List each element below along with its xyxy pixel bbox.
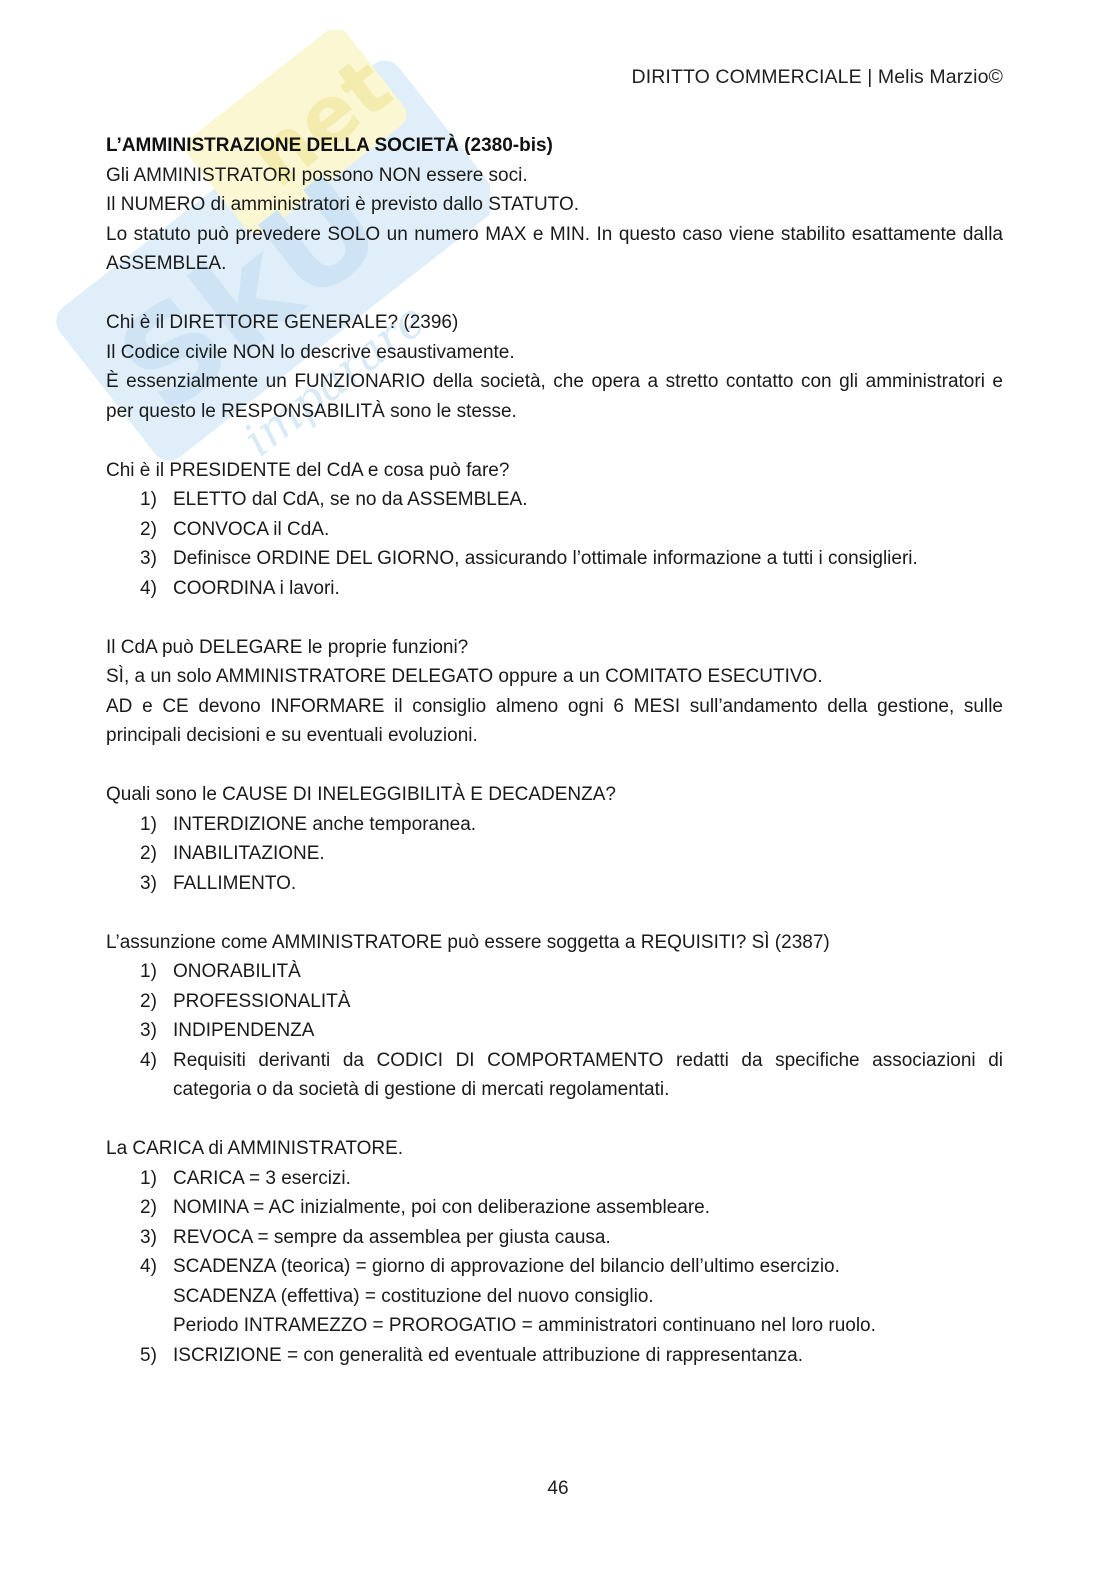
- list-number: 1): [140, 810, 157, 840]
- section-amministrazione: L’AMMINISTRAZIONE DELLA SOCIETÀ (2380-bi…: [106, 131, 1003, 279]
- list-number: 4): [140, 574, 157, 604]
- list-item: 3)REVOCA = sempre da assemblea per giust…: [106, 1223, 1003, 1253]
- list-item: 2)NOMINA = AC inizialmente, poi con deli…: [106, 1193, 1003, 1223]
- list-item: 3)FALLIMENTO.: [106, 869, 1003, 899]
- numbered-list: 1)INTERDIZIONE anche temporanea. 2)INABI…: [106, 810, 1003, 899]
- list-text: REVOCA = sempre da assemblea per giusta …: [173, 1227, 611, 1248]
- list-text-continuation: Periodo INTRAMEZZO = PROROGATIO = ammini…: [173, 1311, 1003, 1341]
- list-text: INABILITAZIONE.: [173, 843, 325, 864]
- list-number: 3): [140, 1016, 157, 1046]
- list-text: FALLIMENTO.: [173, 873, 296, 894]
- paragraph-line: Il Codice civile NON lo descrive esausti…: [106, 338, 1003, 368]
- list-text: ELETTO dal CdA, se no da ASSEMBLEA.: [173, 489, 528, 510]
- list-number: 5): [140, 1341, 157, 1371]
- section-question: Chi è il PRESIDENTE del CdA e cosa può f…: [106, 456, 1003, 486]
- paragraph-line: Gli AMMINISTRATORI possono NON essere so…: [106, 161, 1003, 191]
- list-text: INDIPENDENZA: [173, 1020, 314, 1041]
- numbered-list: 1)ELETTO dal CdA, se no da ASSEMBLEA. 2)…: [106, 485, 1003, 603]
- list-number: 4): [140, 1046, 157, 1076]
- list-number: 2): [140, 839, 157, 869]
- list-text: INTERDIZIONE anche temporanea.: [173, 814, 476, 835]
- section-presidente: Chi è il PRESIDENTE del CdA e cosa può f…: [106, 456, 1003, 604]
- section-direttore-generale: Chi è il DIRETTORE GENERALE? (2396) Il C…: [106, 308, 1003, 426]
- list-text: CONVOCA il CdA.: [173, 519, 329, 540]
- list-item: 3)Definisce ORDINE DEL GIORNO, assicuran…: [106, 544, 1003, 574]
- numbered-list: 1)CARICA = 3 esercizi. 2)NOMINA = AC ini…: [106, 1164, 1003, 1371]
- list-item: 4)SCADENZA (teorica) = giorno di approva…: [106, 1252, 1003, 1341]
- list-text: COORDINA i lavori.: [173, 578, 340, 599]
- list-text: Requisiti derivanti da CODICI DI COMPORT…: [173, 1046, 1003, 1105]
- section-delega: Il CdA può DELEGARE le proprie funzioni?…: [106, 633, 1003, 751]
- paragraph-line: È essenzialmente un FUNZIONARIO della so…: [106, 367, 1003, 426]
- paragraph-line: Lo statuto può prevedere SOLO un numero …: [106, 220, 1003, 279]
- section-ineleggibilita: Quali sono le CAUSE DI INELEGGIBILITÀ E …: [106, 780, 1003, 898]
- section-question: Quali sono le CAUSE DI INELEGGIBILITÀ E …: [106, 780, 1003, 810]
- section-question: Il CdA può DELEGARE le proprie funzioni?: [106, 633, 1003, 663]
- list-number: 3): [140, 869, 157, 899]
- list-item: 4)COORDINA i lavori.: [106, 574, 1003, 604]
- list-item: 1)INTERDIZIONE anche temporanea.: [106, 810, 1003, 840]
- paragraph-line: SÌ, a un solo AMMINISTRATORE DELEGATO op…: [106, 662, 1003, 692]
- list-number: 3): [140, 1223, 157, 1253]
- list-item: 2)INABILITAZIONE.: [106, 839, 1003, 869]
- section-carica: La CARICA di AMMINISTRATORE. 1)CARICA = …: [106, 1134, 1003, 1370]
- section-question: L’assunzione come AMMINISTRATORE può ess…: [106, 928, 1003, 958]
- list-item: 2)CONVOCA il CdA.: [106, 515, 1003, 545]
- list-text-continuation: SCADENZA (effettiva) = costituzione del …: [173, 1282, 1003, 1312]
- list-text: SCADENZA (teorica) = giorno di approvazi…: [173, 1252, 1003, 1282]
- section-requisiti: L’assunzione come AMMINISTRATORE può ess…: [106, 928, 1003, 1105]
- list-number: 1): [140, 957, 157, 987]
- list-number: 1): [140, 485, 157, 515]
- list-text: ONORABILITÀ: [173, 961, 301, 982]
- section-question: Chi è il DIRETTORE GENERALE? (2396): [106, 308, 1003, 338]
- section-title: L’AMMINISTRAZIONE DELLA SOCIETÀ (2380-bi…: [106, 131, 1003, 161]
- paragraph-line: AD e CE devono INFORMARE il consiglio al…: [106, 692, 1003, 751]
- section-question: La CARICA di AMMINISTRATORE.: [106, 1134, 1003, 1164]
- list-text: Definisce ORDINE DEL GIORNO, assicurando…: [173, 544, 1003, 574]
- numbered-list: 1)ONORABILITÀ 2)PROFESSIONALITÀ 3)INDIPE…: [106, 957, 1003, 1105]
- document-body: L’AMMINISTRAZIONE DELLA SOCIETÀ (2380-bi…: [106, 131, 1003, 1400]
- page-number: 46: [0, 1478, 1116, 1500]
- list-text: ISCRIZIONE = con generalità ed eventuale…: [173, 1345, 803, 1366]
- list-number: 2): [140, 987, 157, 1017]
- paragraph-line: Il NUMERO di amministratori è previsto d…: [106, 190, 1003, 220]
- list-number: 4): [140, 1252, 157, 1282]
- list-text: PROFESSIONALITÀ: [173, 991, 350, 1012]
- list-number: 3): [140, 544, 157, 574]
- list-text: NOMINA = AC inizialmente, poi con delibe…: [173, 1197, 710, 1218]
- list-number: 1): [140, 1164, 157, 1194]
- list-item: 4)Requisiti derivanti da CODICI DI COMPO…: [106, 1046, 1003, 1105]
- list-item: 1)ELETTO dal CdA, se no da ASSEMBLEA.: [106, 485, 1003, 515]
- list-number: 2): [140, 1193, 157, 1223]
- list-item: 1)ONORABILITÀ: [106, 957, 1003, 987]
- list-item: 5)ISCRIZIONE = con generalità ed eventua…: [106, 1341, 1003, 1371]
- list-item: 1)CARICA = 3 esercizi.: [106, 1164, 1003, 1194]
- list-number: 2): [140, 515, 157, 545]
- list-item: 3)INDIPENDENZA: [106, 1016, 1003, 1046]
- running-header: DIRITTO COMMERCIALE | Melis Marzio©: [632, 66, 1003, 89]
- list-item: 2)PROFESSIONALITÀ: [106, 987, 1003, 1017]
- list-text: CARICA = 3 esercizi.: [173, 1168, 351, 1189]
